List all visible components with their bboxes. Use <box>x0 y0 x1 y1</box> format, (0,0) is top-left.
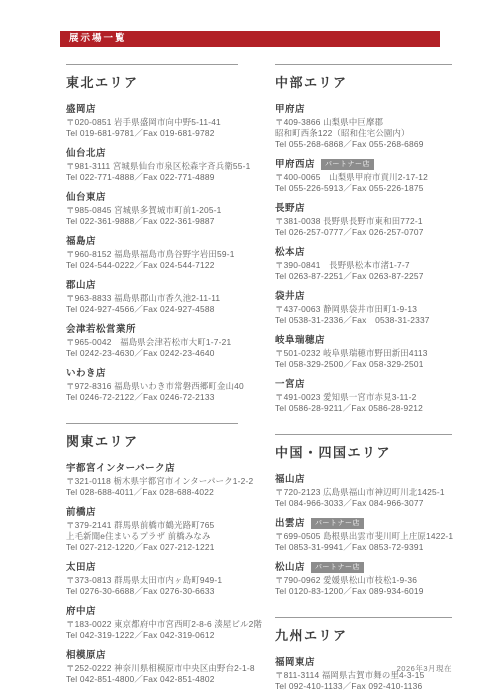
store-telfax: Tel 042-851-4800／Fax 042-851-4802 <box>66 674 238 685</box>
store-name: 甲府西店 <box>275 159 315 170</box>
store-name: 郡山店 <box>66 280 96 291</box>
partner-store-badge: パートナー店 <box>321 159 374 170</box>
store-entry: 福島店〒960-8152 福島県福島市鳥谷野字岩田59-1Tel 024-544… <box>66 234 238 271</box>
store-telfax: Tel 022-361-9888／Fax 022-361-9887 <box>66 216 238 227</box>
store-address: 〒381-0038 長野県長野市東和田772-1 <box>275 216 452 227</box>
store-name-row: いわき店 <box>66 366 238 380</box>
store-entry: 郡山店〒963-8833 福島県郡山市香久池2-11-11Tel 024-927… <box>66 278 238 315</box>
store-entry: 前橋店〒379-2141 群馬県前橋市鶴光路町765上毛新聞e住まいるプラザ 前… <box>66 505 238 553</box>
store-name: 盛岡店 <box>66 104 96 115</box>
store-entry: 仙台北店〒981-3111 宮城県仙台市泉区松森字斉兵衛55-1Tel 022-… <box>66 146 238 183</box>
footer-date-note: 2026年3月現在 <box>397 663 452 674</box>
store-entry: 宇都宮インターパーク店〒321-0118 栃木県宇都宮市インターパーク1-2-2… <box>66 461 238 498</box>
store-telfax: Tel 0120-83-1200／Fax 089-934-6019 <box>275 586 452 597</box>
exhibition-list-page: 展示場一覧 東北エリア盛岡店〒020-0851 岩手県盛岡市向中野5-11-41… <box>0 0 494 700</box>
store-name-row: 盛岡店 <box>66 102 238 116</box>
section-divider <box>275 64 452 65</box>
store-name: 福島店 <box>66 236 96 247</box>
store-telfax: Tel 0246-72-2122／Fax 0246-72-2133 <box>66 392 238 403</box>
store-address: 〒699-0505 島根県出雲市斐川町上庄原1422-1 <box>275 531 452 542</box>
store-name: 前橋店 <box>66 507 96 518</box>
store-name-row: 府中店 <box>66 604 238 618</box>
store-name-row: 福島店 <box>66 234 238 248</box>
store-address: 〒960-8152 福島県福島市鳥谷野字岩田59-1 <box>66 249 238 260</box>
area-title: 中部エリア <box>275 72 452 91</box>
store-address: 〒437-0063 静岡県袋井市田町1-9-13 <box>275 304 452 315</box>
store-entry: 福山店〒720-2123 広島県福山市神辺町川北1425-1Tel 084-96… <box>275 472 452 509</box>
area-section: 九州エリア福岡東店〒811-3114 福岡県古賀市舞の里4-3-15Tel 09… <box>275 617 452 692</box>
store-name: 甲府店 <box>275 104 305 115</box>
store-entry: 会津若松営業所〒965-0042 福島県会津若松市大町1-7-21Tel 024… <box>66 322 238 359</box>
store-name-row: 郡山店 <box>66 278 238 292</box>
store-telfax: Tel 026-257-0777／Fax 026-257-0707 <box>275 227 452 238</box>
column-left: 東北エリア盛岡店〒020-0851 岩手県盛岡市向中野5-11-41Tel 01… <box>66 64 238 692</box>
store-name: 仙台北店 <box>66 148 106 159</box>
store-entry: 一宮店〒491-0023 愛知県一宮市赤見3-11-2Tel 0586-28-9… <box>275 377 452 414</box>
store-address: 〒972-8316 福島県いわき市常磐西郷町金山40 <box>66 381 238 392</box>
store-name-row: 前橋店 <box>66 505 238 519</box>
area-title: 東北エリア <box>66 72 238 91</box>
store-name: 福岡東店 <box>275 657 315 668</box>
store-name-row: 相模原店 <box>66 648 238 662</box>
store-telfax: Tel 028-688-4011／Fax 028-688-4022 <box>66 487 238 498</box>
store-name: 松山店 <box>275 562 305 573</box>
store-address: 上毛新聞e住まいるプラザ 前橋みなみ <box>66 531 238 542</box>
store-telfax: Tel 0586-28-9211／Fax 0586-28-9212 <box>275 403 452 414</box>
store-name-row: 一宮店 <box>275 377 452 391</box>
store-telfax: Tel 058-329-2500／Fax 058-329-2501 <box>275 359 452 370</box>
store-name-row: 松本店 <box>275 245 452 259</box>
store-name: 長野店 <box>275 203 305 214</box>
store-telfax: Tel 055-226-5913／Fax 055-226-1875 <box>275 183 452 194</box>
page-header-banner: 展示場一覧 <box>60 31 440 47</box>
store-address: 〒252-0222 神奈川県相模原市中央区由野台2-1-8 <box>66 663 238 674</box>
area-section: 中部エリア甲府店〒409-3866 山梨県中巨摩郡昭和町西条122（昭和住宅公園… <box>275 64 452 414</box>
store-entry: 出雲店パートナー店〒699-0505 島根県出雲市斐川町上庄原1422-1Tel… <box>275 516 452 553</box>
store-telfax: Tel 0263-87-2251／Fax 0263-87-2257 <box>275 271 452 282</box>
store-name-row: 福山店 <box>275 472 452 486</box>
store-name: 仙台東店 <box>66 192 106 203</box>
store-name-row: 甲府西店パートナー店 <box>275 157 452 171</box>
store-address: 〒720-2123 広島県福山市神辺町川北1425-1 <box>275 487 452 498</box>
store-name: 岐阜瑞穂店 <box>275 335 325 346</box>
store-address: 〒985-0845 宮城県多賀城市町前1-205-1 <box>66 205 238 216</box>
store-name-row: 太田店 <box>66 560 238 574</box>
partner-store-badge: パートナー店 <box>311 518 364 529</box>
store-entry: 仙台東店〒985-0845 宮城県多賀城市町前1-205-1Tel 022-36… <box>66 190 238 227</box>
store-entry: 甲府店〒409-3866 山梨県中巨摩郡昭和町西条122（昭和住宅公園内）Tel… <box>275 102 452 150</box>
area-section: 中国・四国エリア福山店〒720-2123 広島県福山市神辺町川北1425-1Te… <box>275 434 452 597</box>
store-telfax: Tel 0276-30-6688／Fax 0276-30-6633 <box>66 586 238 597</box>
store-entry: 松本店〒390-0841 長野県松本市渚1-7-7Tel 0263-87-225… <box>275 245 452 282</box>
partner-store-badge: パートナー店 <box>311 562 364 573</box>
store-address: 〒373-0813 群馬県太田市内ヶ島町949-1 <box>66 575 238 586</box>
store-name: 会津若松営業所 <box>66 324 136 335</box>
store-entry: 長野店〒381-0038 長野県長野市東和田772-1Tel 026-257-0… <box>275 201 452 238</box>
store-address: 〒409-3866 山梨県中巨摩郡 <box>275 117 452 128</box>
store-entry: 岐阜瑞穂店〒501-0232 岐阜県瑞穂市野田新田4113Tel 058-329… <box>275 333 452 370</box>
store-address: 〒390-0841 長野県松本市渚1-7-7 <box>275 260 452 271</box>
store-name: いわき店 <box>66 368 106 379</box>
store-telfax: Tel 084-966-3033／Fax 084-966-3077 <box>275 498 452 509</box>
store-address: 〒321-0118 栃木県宇都宮市インターパーク1-2-2 <box>66 476 238 487</box>
store-name: 福山店 <box>275 474 305 485</box>
store-name: 袋井店 <box>275 291 305 302</box>
store-telfax: Tel 024-927-4566／Fax 024-927-4588 <box>66 304 238 315</box>
store-name-row: 宇都宮インターパーク店 <box>66 461 238 475</box>
store-telfax: Tel 042-319-1222／Fax 042-319-0612 <box>66 630 238 641</box>
store-address: 〒491-0023 愛知県一宮市赤見3-11-2 <box>275 392 452 403</box>
store-entry: 袋井店〒437-0063 静岡県袋井市田町1-9-13Tel 0538-31-2… <box>275 289 452 326</box>
store-name-row: 袋井店 <box>275 289 452 303</box>
store-address: 〒963-8833 福島県郡山市香久池2-11-11 <box>66 293 238 304</box>
store-address: 〒400-0065 山梨県甲府市貢川2-17-12 <box>275 172 452 183</box>
store-telfax: Tel 022-771-4888／Fax 022-771-4889 <box>66 172 238 183</box>
store-name: 相模原店 <box>66 650 106 661</box>
store-entry: 甲府西店パートナー店〒400-0065 山梨県甲府市貢川2-17-12Tel 0… <box>275 157 452 194</box>
store-telfax: Tel 019-681-9781／Fax 019-681-9782 <box>66 128 238 139</box>
page-title: 展示場一覧 <box>69 33 127 44</box>
section-divider <box>66 64 238 65</box>
store-name-row: 出雲店パートナー店 <box>275 516 452 530</box>
area-title: 中国・四国エリア <box>275 442 452 461</box>
store-address: 〒790-0962 愛媛県松山市枝松1-9-36 <box>275 575 452 586</box>
store-name-row: 会津若松営業所 <box>66 322 238 336</box>
store-name: 松本店 <box>275 247 305 258</box>
column-right: 中部エリア甲府店〒409-3866 山梨県中巨摩郡昭和町西条122（昭和住宅公園… <box>275 64 452 699</box>
store-entry: いわき店〒972-8316 福島県いわき市常磐西郷町金山40Tel 0246-7… <box>66 366 238 403</box>
store-name-row: 仙台東店 <box>66 190 238 204</box>
store-telfax: Tel 092-410-1133／Fax 092-410-1136 <box>275 681 452 692</box>
store-name-row: 松山店パートナー店 <box>275 560 452 574</box>
store-entry: 松山店パートナー店〒790-0962 愛媛県松山市枝松1-9-36Tel 012… <box>275 560 452 597</box>
area-section: 東北エリア盛岡店〒020-0851 岩手県盛岡市向中野5-11-41Tel 01… <box>66 64 238 403</box>
store-address: 〒379-2141 群馬県前橋市鶴光路町765 <box>66 520 238 531</box>
store-name: 太田店 <box>66 562 96 573</box>
store-name: 出雲店 <box>275 518 305 529</box>
area-section: 関東エリア宇都宮インターパーク店〒321-0118 栃木県宇都宮市インターパーク… <box>66 423 238 685</box>
section-divider <box>275 617 452 618</box>
store-telfax: Tel 024-544-0222／Fax 024-544-7122 <box>66 260 238 271</box>
store-name-row: 甲府店 <box>275 102 452 116</box>
store-name: 府中店 <box>66 606 96 617</box>
store-address: 昭和町西条122（昭和住宅公園内） <box>275 128 452 139</box>
store-address: 〒183-0022 東京都府中市宮西町2-8-6 湊屋ビル2階 <box>66 619 238 630</box>
area-title: 関東エリア <box>66 431 238 450</box>
section-divider <box>66 423 238 424</box>
area-title: 九州エリア <box>275 625 452 644</box>
store-address: 〒501-0232 岐阜県瑞穂市野田新田4113 <box>275 348 452 359</box>
store-address: 〒981-3111 宮城県仙台市泉区松森字斉兵衛55-1 <box>66 161 238 172</box>
store-name-row: 岐阜瑞穂店 <box>275 333 452 347</box>
store-entry: 府中店〒183-0022 東京都府中市宮西町2-8-6 湊屋ビル2階Tel 04… <box>66 604 238 641</box>
section-divider <box>275 434 452 435</box>
store-telfax: Tel 0853-31-9941／Fax 0853-72-9391 <box>275 542 452 553</box>
store-telfax: Tel 027-212-1220／Fax 027-212-1221 <box>66 542 238 553</box>
store-entry: 相模原店〒252-0222 神奈川県相模原市中央区由野台2-1-8Tel 042… <box>66 648 238 685</box>
store-telfax: Tel 055-268-6868／Fax 055-268-6869 <box>275 139 452 150</box>
store-name-row: 仙台北店 <box>66 146 238 160</box>
store-entry: 太田店〒373-0813 群馬県太田市内ヶ島町949-1Tel 0276-30-… <box>66 560 238 597</box>
store-name: 一宮店 <box>275 379 305 390</box>
store-name-row: 長野店 <box>275 201 452 215</box>
store-name: 宇都宮インターパーク店 <box>66 463 175 474</box>
store-address: 〒965-0042 福島県会津若松市大町1-7-21 <box>66 337 238 348</box>
store-entry: 盛岡店〒020-0851 岩手県盛岡市向中野5-11-41Tel 019-681… <box>66 102 238 139</box>
store-address: 〒020-0851 岩手県盛岡市向中野5-11-41 <box>66 117 238 128</box>
store-telfax: Tel 0538-31-2336／Fax 0538-31-2337 <box>275 315 452 326</box>
store-telfax: Tel 0242-23-4630／Fax 0242-23-4640 <box>66 348 238 359</box>
